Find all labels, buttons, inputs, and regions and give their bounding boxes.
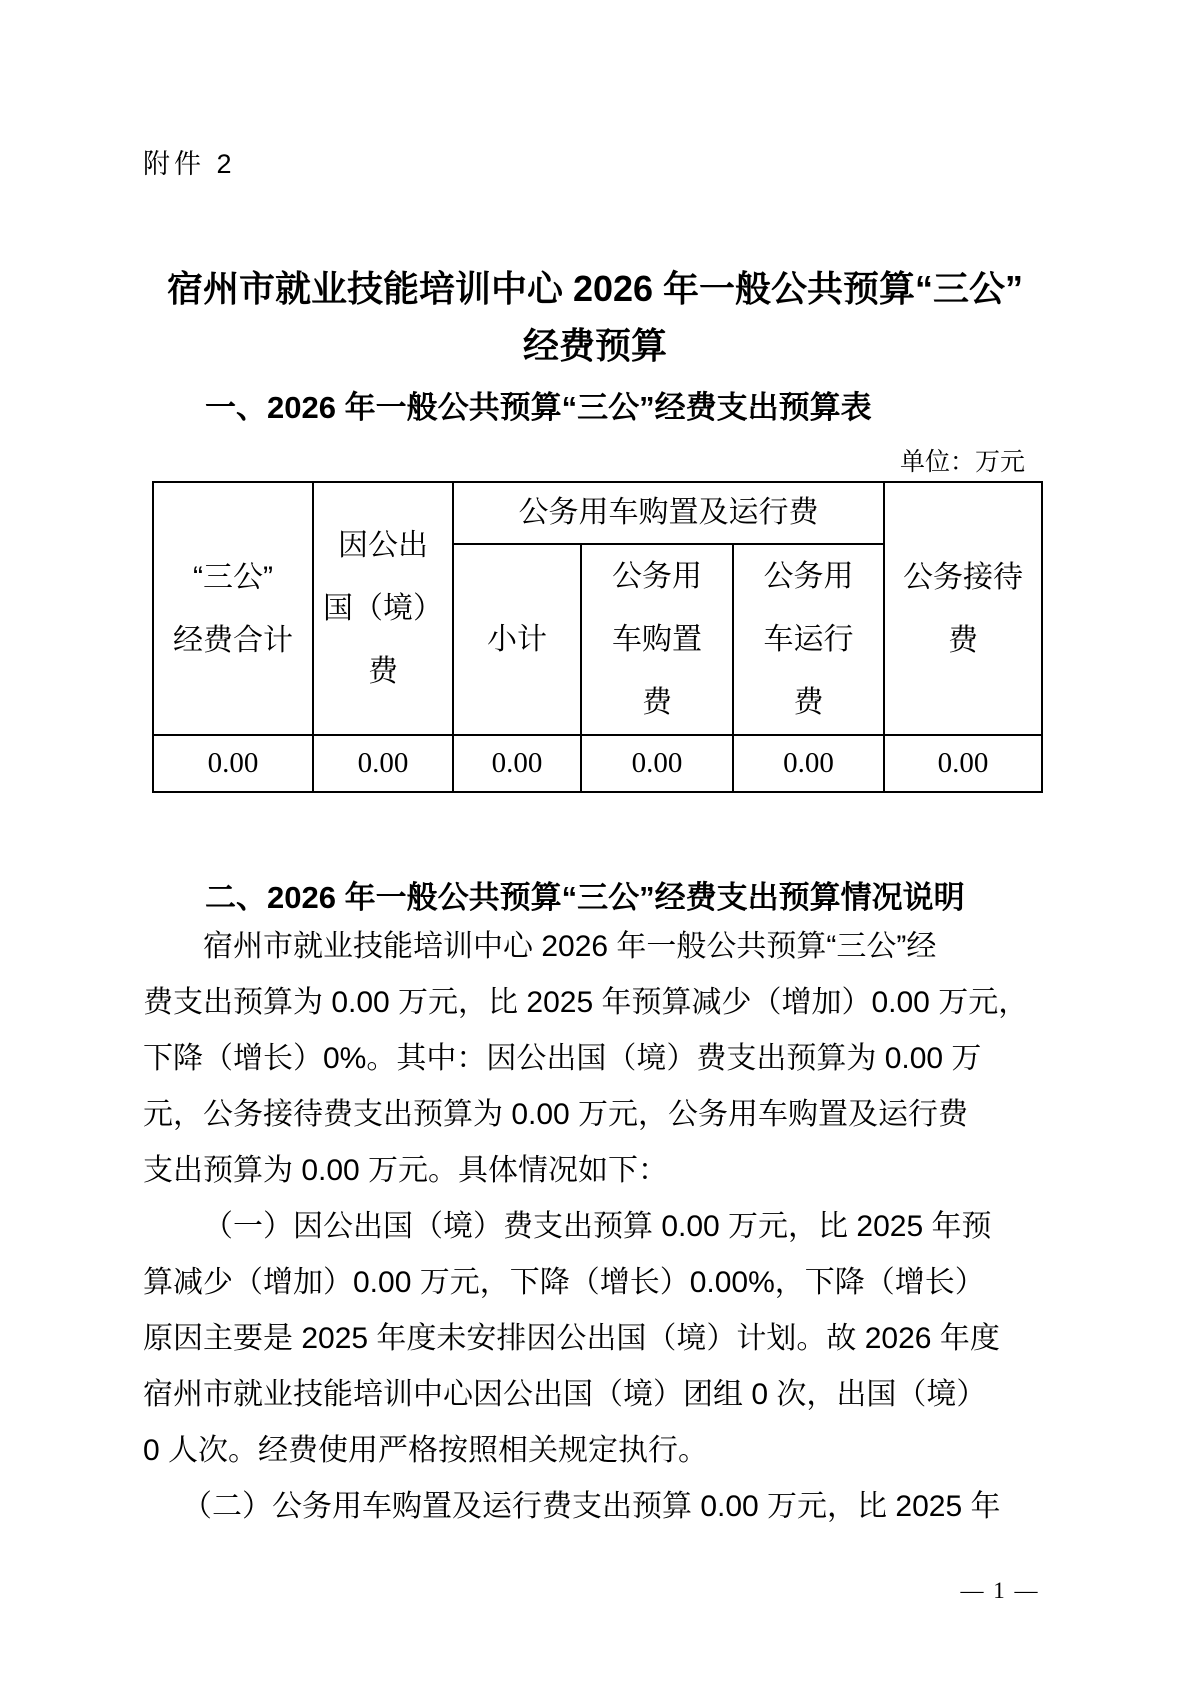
body-line-6: （一）因公出国（境）费支出预算 0.00 万元，比 2025 年预 [143, 1208, 1047, 1246]
body-line-10: 0 人次。经费使用严格按照相关规定执行。 [143, 1432, 1047, 1470]
value-total: 0.00 [153, 735, 313, 792]
header-total: “三公” 经费合计 [153, 482, 313, 735]
section2-heading: 二、2026 年一般公共预算“三公”经费支出预算情况说明 [143, 872, 1047, 917]
header-vehicle-group: 公务用车购置及运行费 [453, 482, 884, 544]
value-vehicle-purchase: 0.00 [581, 735, 733, 792]
table-data-row: 0.00 0.00 0.00 0.00 0.00 0.00 [153, 735, 1042, 792]
attachment-label: 附件 2 [143, 142, 236, 181]
body-line-1: 宿州市就业技能培训中心 2026 年一般公共预算“三公”经 [143, 928, 1047, 966]
header-vehicle-operation: 公务用 车运行 费 [733, 544, 884, 735]
header-vehicle-subtotal: 小计 [453, 544, 581, 735]
document-title-line1: 宿州市就业技能培训中心 2026 年一般公共预算“三公” [143, 260, 1047, 317]
body-line-9: 宿州市就业技能培训中心因公出国（境）团组 0 次，出国（境） [143, 1376, 1047, 1414]
body-line-8: 原因主要是 2025 年度未安排因公出国（境）计划。故 2026 年度 [143, 1320, 1047, 1358]
page-number: — 1 — [890, 1578, 1110, 1604]
table-header-row-1: “三公” 经费合计 因公出 国（境） 费 公务用车购置及运行费 公务接待 费 [153, 482, 1042, 544]
header-vehicle-purchase: 公务用 车购置 费 [581, 544, 733, 735]
header-reception: 公务接待 费 [884, 482, 1042, 735]
body-line-5: 支出预算为 0.00 万元。具体情况如下： [143, 1152, 1047, 1190]
budget-table: “三公” 经费合计 因公出 国（境） 费 公务用车购置及运行费 公务接待 费 小… [152, 481, 1043, 793]
value-vehicle-operation: 0.00 [733, 735, 884, 792]
document-title-line2: 经费预算 [143, 317, 1047, 374]
header-abroad: 因公出 国（境） 费 [313, 482, 453, 735]
document-page: 附件 2 宿州市就业技能培训中心 2026 年一般公共预算“三公” 经费预算 一… [0, 0, 1190, 1683]
document-title: 宿州市就业技能培训中心 2026 年一般公共预算“三公” 经费预算 [143, 260, 1047, 374]
value-reception: 0.00 [884, 735, 1042, 792]
body-line-7: 算减少（增加）0.00 万元，下降（增长）0.00%，下降（增长） [143, 1264, 1047, 1302]
body-line-11: （二）公务用车购置及运行费支出预算 0.00 万元，比 2025 年 [143, 1488, 1047, 1526]
body-line-4: 元，公务接待费支出预算为 0.00 万元，公务用车购置及运行费 [143, 1096, 1047, 1134]
value-abroad: 0.00 [313, 735, 453, 792]
value-vehicle-subtotal: 0.00 [453, 735, 581, 792]
table-unit-note: 单位：万元 [152, 442, 1025, 478]
body-line-3: 下降（增长）0%。其中：因公出国（境）费支出预算为 0.00 万 [143, 1040, 1047, 1078]
section1-heading: 一、2026 年一般公共预算“三公”经费支出预算表 [143, 382, 1047, 427]
body-line-2: 费支出预算为 0.00 万元，比 2025 年预算减少（增加）0.00 万元， [143, 984, 1047, 1022]
